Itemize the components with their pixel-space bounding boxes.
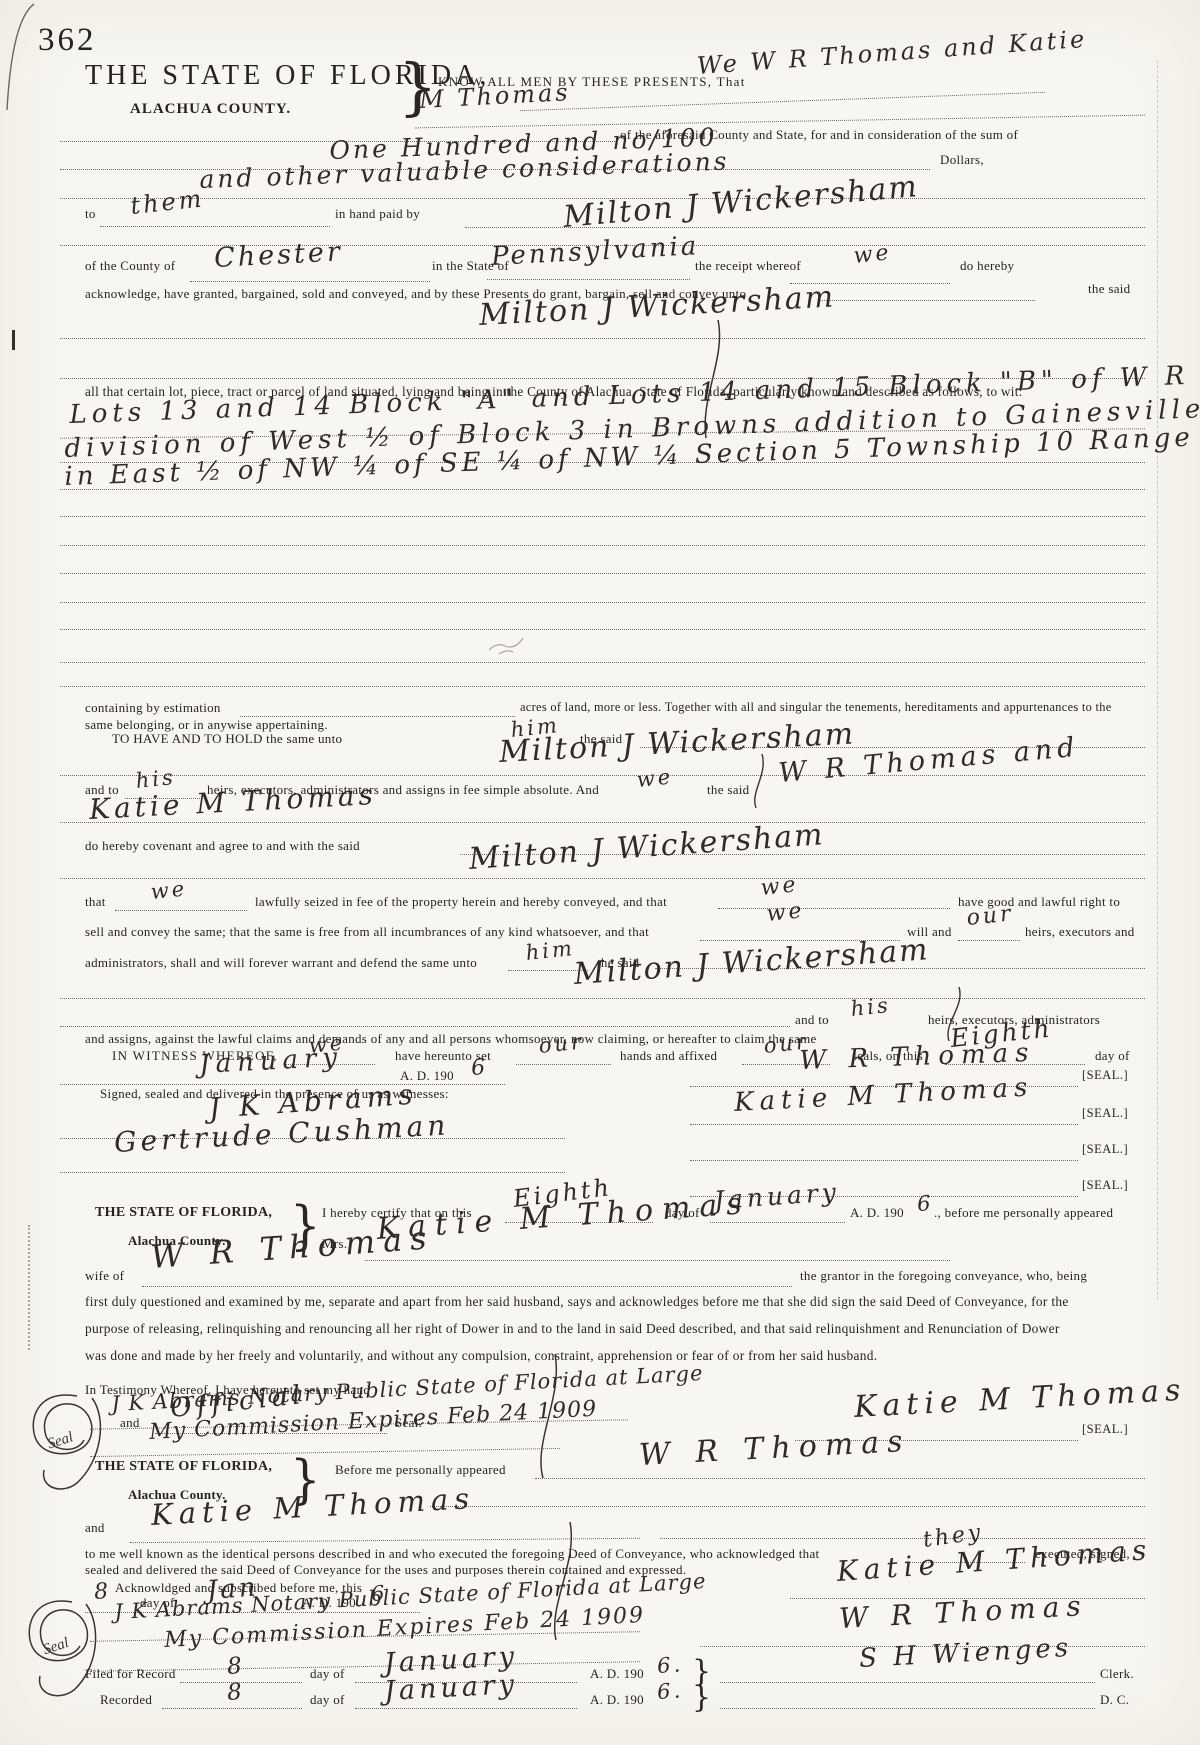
notary-seal-doodle-2: Seal <box>20 1592 115 1702</box>
notary-seal-doodle-1: Seal <box>22 1388 122 1493</box>
his-handwriting-2: his <box>849 993 891 1021</box>
we-handwriting-4: we <box>765 898 805 927</box>
dotted-rule <box>720 1708 1095 1709</box>
dower-paragraph-2: purpose of releasing, relinquishing and … <box>85 1321 1060 1337</box>
covenant-label: do hereby covenant and agree to and with… <box>85 838 360 854</box>
edge-tick-artifact <box>12 330 15 350</box>
filed-label: Filed for Record <box>85 1666 176 1682</box>
seal-label-1: [SEAL.] <box>1082 1068 1128 1083</box>
dotted-rule <box>60 822 1145 823</box>
dotted-rule <box>365 1260 950 1261</box>
dollars-label: Dollars, <box>940 152 984 168</box>
month-handwriting: January <box>198 1043 343 1080</box>
notary2-state-heading: THE STATE OF FLORIDA, <box>95 1459 272 1475</box>
dotted-rule <box>142 1286 792 1287</box>
the-said-label-1: the said <box>1088 281 1130 297</box>
dotted-rule <box>162 1708 302 1709</box>
notary2-signature-1: Katie M Thomas <box>836 1533 1154 1588</box>
grantor-signature-2: Katie M Thomas <box>733 1072 1034 1118</box>
grantors-handwriting-1: We W R Thomas and Katie <box>696 25 1088 80</box>
notary1-year-handwriting: 6 <box>916 1191 934 1216</box>
seal-label-5: [SEAL.] <box>1082 1422 1128 1437</box>
notary2-appeared-handwriting: W R Thomas <box>638 1424 911 1473</box>
before-me-label: Before me personally appeared <box>335 1462 506 1478</box>
recorded-label: Recorded <box>100 1692 152 1708</box>
dotted-rule <box>690 1160 1078 1161</box>
dotted-rule <box>720 1682 1095 1683</box>
smudge-artifact <box>485 632 535 658</box>
county-heading: ALACHUA COUNTY. <box>130 101 291 118</box>
recorded-month-handwriting: January <box>383 1669 518 1707</box>
county-of-label: of the County of <box>85 258 175 274</box>
dotted-rule <box>60 686 1145 687</box>
we-handwriting-1: we <box>635 764 674 792</box>
recorded-day-handwriting: 8 <box>226 1679 245 1706</box>
we-handwriting-3: we <box>759 872 799 901</box>
recorded-ad-label: A. D. 190 <box>590 1692 644 1708</box>
our-handwriting-2: our <box>537 1029 584 1058</box>
day-of-label: day of <box>1095 1048 1130 1064</box>
notary2-signature-2: W R Thomas <box>838 1589 1088 1635</box>
we-handwriting-2: we <box>149 876 188 904</box>
acres-label: acres of land, more or less. Together wi… <box>520 700 1112 715</box>
seal-label-4: [SEAL.] <box>1082 1178 1128 1193</box>
dotted-rule <box>718 908 950 909</box>
grantor-signature-1: W R Thomas <box>799 1038 1036 1076</box>
dotted-rule <box>60 338 1145 339</box>
dotted-rule <box>60 662 1145 663</box>
dotted-rule <box>60 516 1145 517</box>
state-handwriting: Pennsylvania <box>490 231 700 272</box>
dotted-rule <box>190 281 430 282</box>
dower-paragraph-1: first duly questioned and examined by me… <box>85 1294 1069 1310</box>
hands-label: hands and affixed <box>620 1048 717 1064</box>
year-handwriting: 6 <box>470 1055 489 1081</box>
receipt-handwriting: we <box>852 240 892 269</box>
dotted-rule <box>820 300 1035 301</box>
and-label-2: and <box>85 1520 105 1536</box>
dotted-rule <box>958 940 1020 941</box>
dotted-rule <box>60 878 1145 879</box>
dower-paragraph-3: was done and made by her freely and volu… <box>85 1348 877 1364</box>
filed-day-of-label: day of <box>310 1666 345 1682</box>
dotted-rule <box>60 1172 565 1173</box>
to-have-label: TO HAVE AND TO HOLD the same unto <box>112 731 342 747</box>
warrant-label: administrators, shall and will forever w… <box>85 955 477 971</box>
dotted-rule <box>487 279 690 280</box>
that-label: that <box>85 894 106 910</box>
known-label: to me well known as the identical person… <box>85 1546 819 1562</box>
page-number: 362 <box>38 22 97 59</box>
grantor-label: the grantor in the foregoing conveyance,… <box>800 1268 1087 1284</box>
notary1-state-heading: THE STATE OF FLORIDA, <box>95 1205 272 1221</box>
before-label: ., before me personally appeared <box>934 1205 1113 1221</box>
recorded-year-handwriting: 6. <box>656 1678 684 1704</box>
dotted-rule <box>60 1084 505 1085</box>
county-handwriting: Chester <box>213 236 343 274</box>
dotted-rule <box>690 1124 1078 1125</box>
our-handwriting-1: our <box>965 901 1014 931</box>
dc-label: D. C. <box>1100 1692 1129 1708</box>
dotted-rule <box>100 226 330 227</box>
dotted-rule <box>60 489 1145 490</box>
in-hand-label: in hand paid by <box>335 206 420 222</box>
deed-book-page: 362 THE STATE OF FLORIDA, } ALACHUA COUN… <box>0 0 1200 1745</box>
notary1-ad-label: A. D. 190 <box>850 1205 904 1221</box>
him-handwriting-2: him <box>524 936 575 965</box>
grantee-handwriting-5: Milton J Wickersham <box>573 932 931 992</box>
edge-line-artifact <box>28 1225 30 1350</box>
to-handwriting: them <box>129 184 206 220</box>
dotted-rule <box>535 1478 1145 1479</box>
dotted-rule <box>60 602 1145 603</box>
dotted-rule <box>60 573 1145 574</box>
heirs-label-2: heirs, executors and <box>1025 924 1135 940</box>
seal-label-3: [SEAL.] <box>1082 1142 1128 1157</box>
lawfully-label: lawfully seized in fee of the property h… <box>255 894 667 910</box>
to-label: to <box>85 206 96 222</box>
filed-ad-label: A. D. 190 <box>590 1666 644 1682</box>
do-hereby-label: do hereby <box>960 258 1014 274</box>
dotted-rule <box>355 1708 577 1709</box>
dotted-rule <box>60 629 1145 630</box>
recorded-brace: } <box>692 1680 711 1715</box>
edge-line-artifact <box>1157 60 1158 1300</box>
dotted-rule <box>90 1448 560 1457</box>
grantee-handwriting-4: Milton J Wickersham <box>468 817 826 877</box>
filed-day-handwriting: 8 <box>226 1653 245 1680</box>
clerk-label: Clerk. <box>1100 1666 1134 1682</box>
corner-curve-artifact <box>0 0 60 120</box>
dotted-rule <box>60 1026 790 1027</box>
receipt-label: the receipt whereof <box>695 258 801 274</box>
dotted-rule <box>115 910 247 911</box>
dotted-rule <box>430 1506 1145 1507</box>
grantor-handwriting-2: Katie M Thomas <box>88 778 377 826</box>
filed-year-handwriting: 6. <box>656 1652 684 1678</box>
and-to-label-2: and to <box>795 1012 829 1028</box>
wife-of-label: wife of <box>85 1268 124 1284</box>
clerk-signature-handwriting: S H Wienges <box>858 1633 1072 1674</box>
dotted-rule <box>60 775 1145 776</box>
recorded-day-of-label: day of <box>310 1692 345 1708</box>
dotted-rule <box>60 545 1145 546</box>
containing-label: containing by estimation <box>85 700 221 716</box>
notary1-signature-handwriting: Katie M Thomas <box>853 1373 1187 1425</box>
against-label: and assigns, against the lawful claims a… <box>85 1031 817 1047</box>
dotted-rule <box>516 1064 611 1065</box>
dotted-rule <box>60 998 1145 999</box>
seal-label-2: [SEAL.] <box>1082 1106 1128 1121</box>
dotted-rule <box>520 92 1045 111</box>
the-said-label-3: the said <box>707 782 749 798</box>
